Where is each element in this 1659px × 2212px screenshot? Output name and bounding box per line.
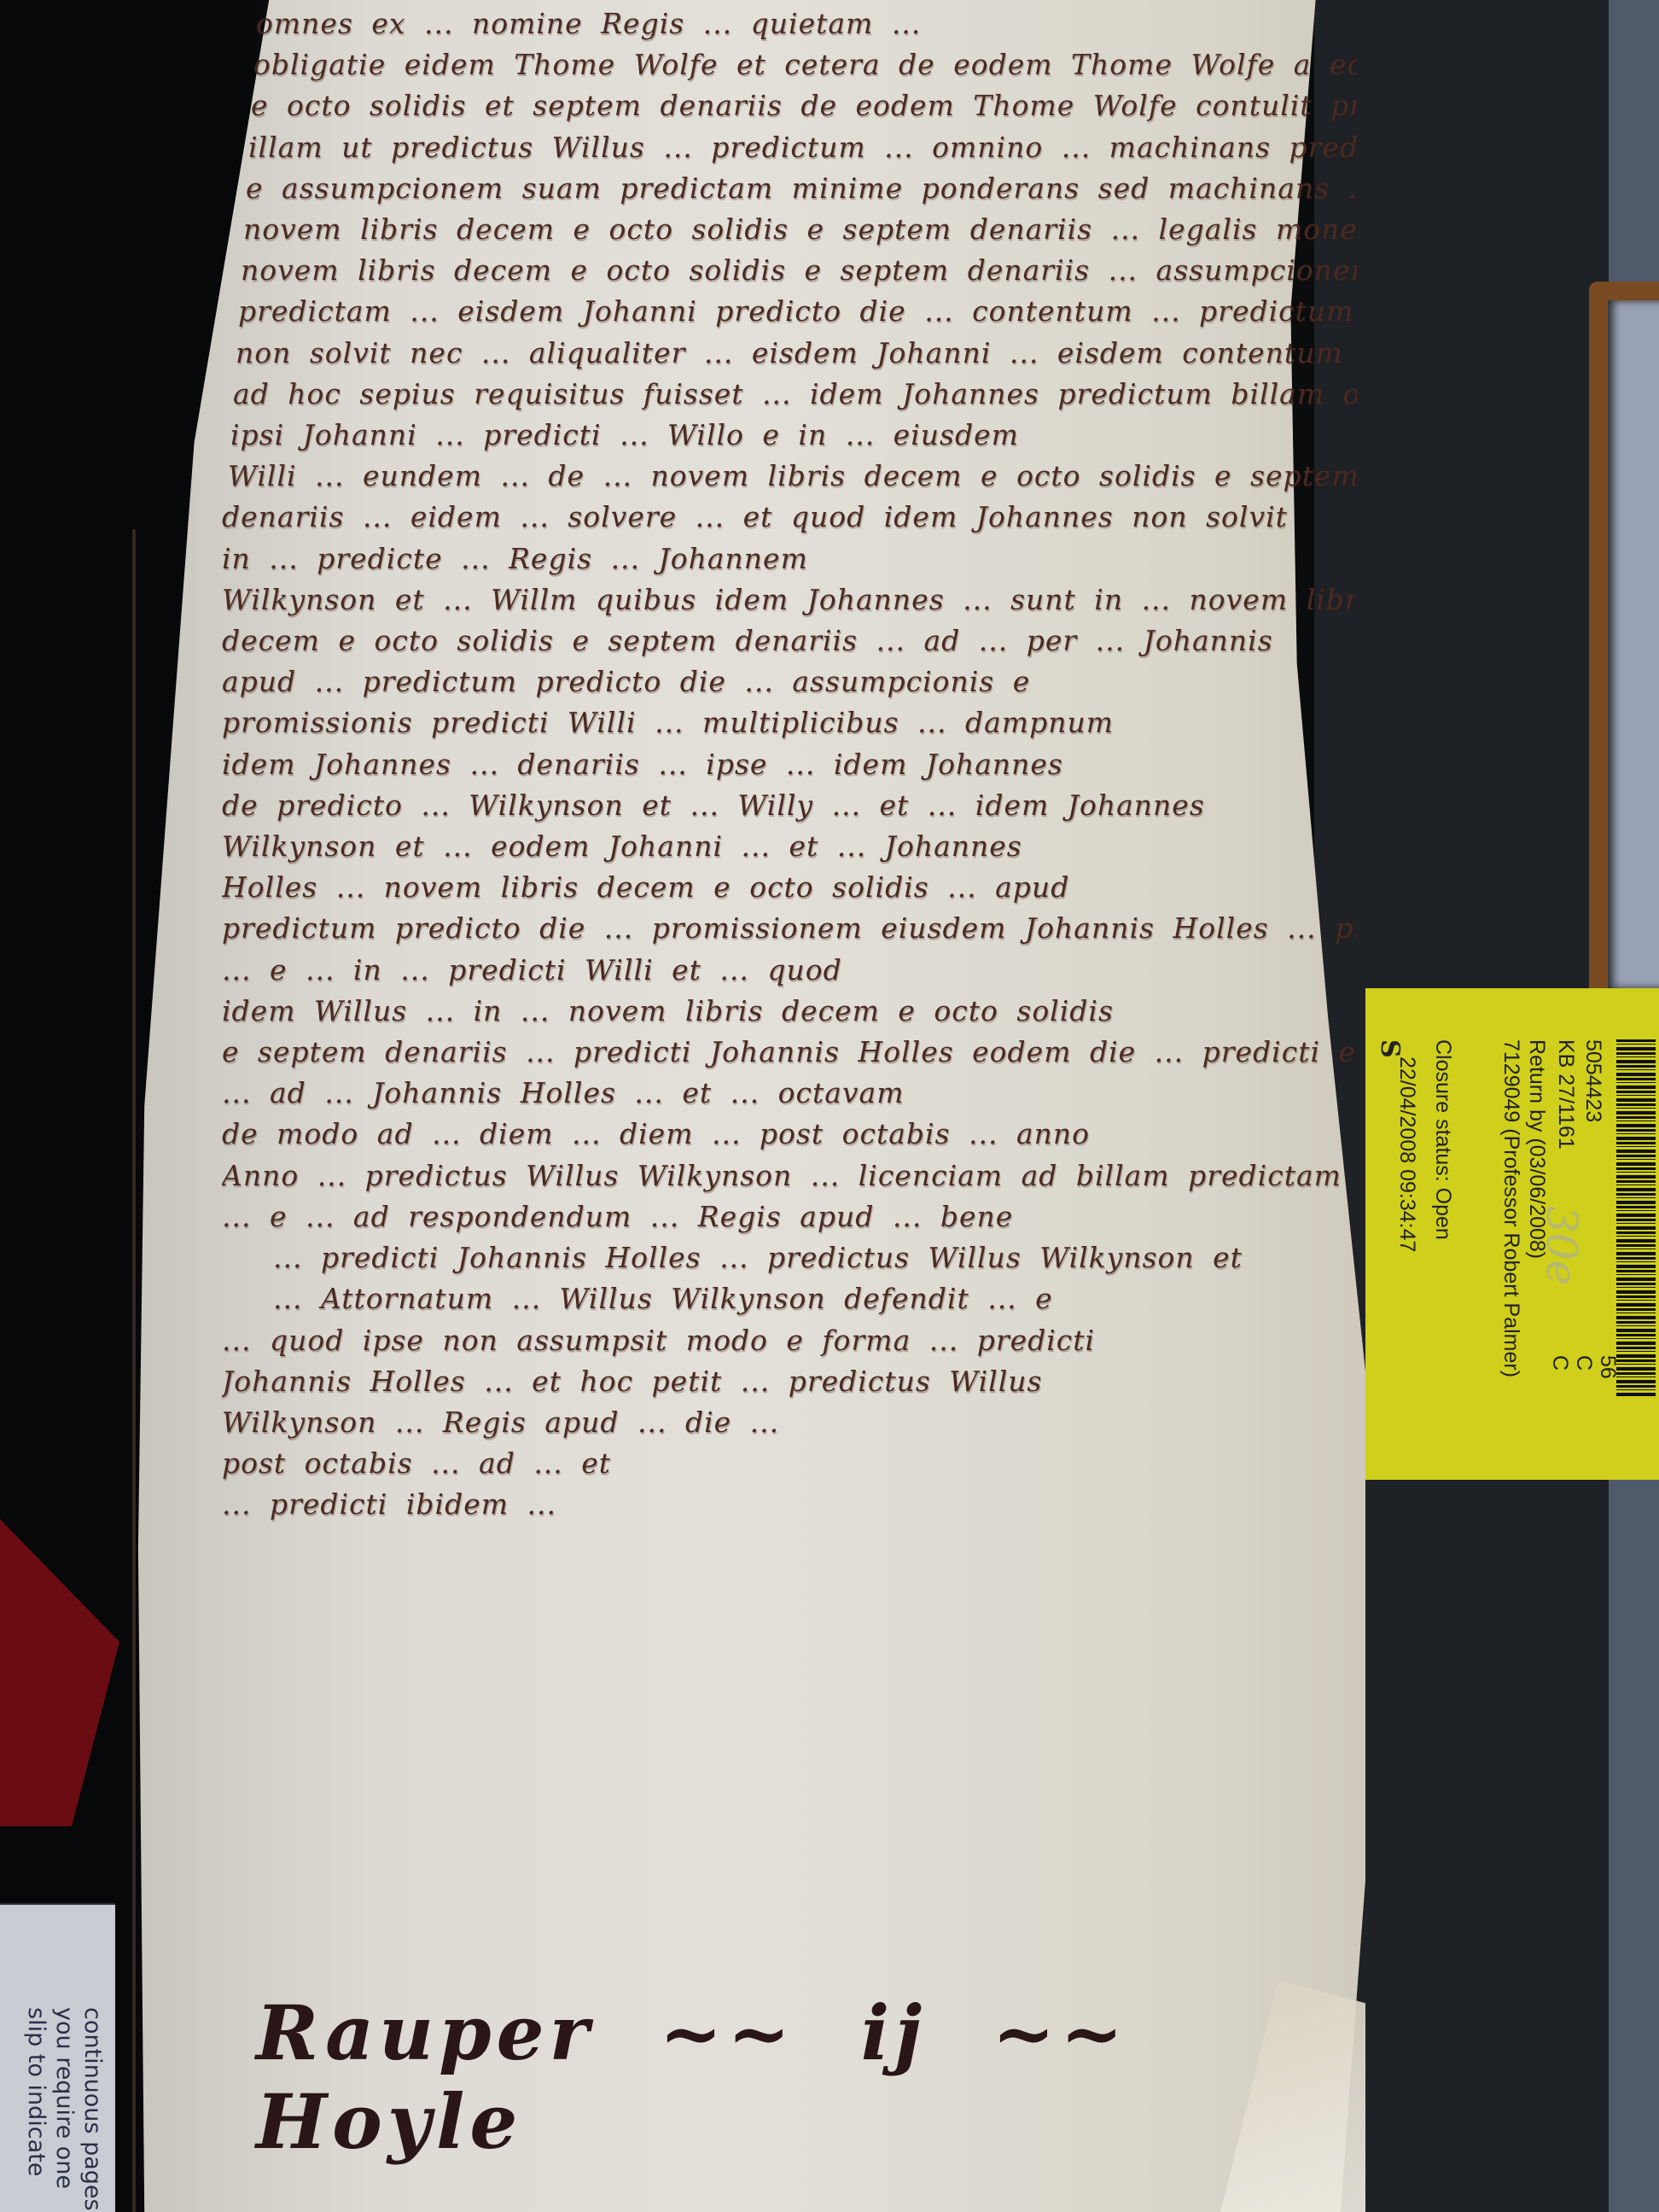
manuscript-line: novem libris decem e octo solidis e sept… xyxy=(222,209,1357,250)
pencil-note: 30e xyxy=(1537,1206,1586,1285)
side-code: C xyxy=(1548,1355,1572,1379)
slip-line: you require one xyxy=(50,2007,79,2212)
document-ref: 5054423 xyxy=(1582,1039,1604,1122)
manuscript-line: e septem denariis ... predicti Johannis … xyxy=(222,1032,1357,1073)
manuscript-line: ad hoc sepius requisitus fuisset ... ide… xyxy=(222,374,1357,415)
manuscript-line: ... ad ... Johannis Holles ... et ... oc… xyxy=(222,1073,1357,1114)
slip-line: continuous pages xyxy=(79,2007,107,2212)
manuscript-line: obligatie eidem Thome Wolfe et cetera de… xyxy=(222,44,1357,85)
reader-slip: continuous pages you require one slip to… xyxy=(0,1903,115,2212)
manuscript-line: Johannis Holles ... et hoc petit ... pre… xyxy=(222,1361,1357,1402)
handwritten-mark: S xyxy=(1375,1039,1405,1058)
manuscript-line: ipsi Johanni ... predicti ... Willo e in… xyxy=(222,415,1357,456)
manuscript-line: ... quod ipse non assumpsit modo e forma… xyxy=(222,1320,1357,1361)
reader-info: 7129049 (Professor Robert Palmer) xyxy=(1500,1039,1522,1377)
manuscript-line: predictam ... eisdem Johanni predicto di… xyxy=(222,291,1357,332)
manuscript-line: apud ... predictum predicto die ... assu… xyxy=(222,661,1357,702)
manuscript-line: post octabis ... ad ... et xyxy=(222,1443,1357,1484)
manuscript-line: denariis ... eidem ... solvere ... et qu… xyxy=(222,497,1357,538)
manuscript-line: in ... predicte ... Regis ... Johannem xyxy=(222,538,1357,579)
side-codes: 56 C C xyxy=(1548,1355,1620,1379)
printed-timestamp: 22/04/2008 09:34:47 xyxy=(1396,1057,1418,1252)
piece-reference: KB 27/1161 xyxy=(1555,1039,1577,1150)
reader-slip-text: continuous pages you require one slip to… xyxy=(0,1905,115,2212)
manuscript-line: idem Johannes ... denariis ... ipse ... … xyxy=(222,744,1357,785)
manuscript-text: omnes ex ... nomine Regis ... quietam ..… xyxy=(222,3,1357,1526)
manuscript-line: ... predicti Johannis Holles ... predict… xyxy=(222,1237,1357,1278)
manuscript-line: e assumpcionem suam predictam minime pon… xyxy=(222,168,1357,209)
manuscript-line: de predicto ... Wilkynson et ... Willy .… xyxy=(222,785,1357,826)
manuscript-line: novem libris decem e octo solidis e sept… xyxy=(222,250,1357,291)
manuscript-line: ... Attornatum ... Willus Wilkynson defe… xyxy=(222,1278,1357,1319)
manuscript-line: ... e ... in ... predicti Willi et ... q… xyxy=(222,950,1357,991)
manuscript-line: ... predicti ibidem ... xyxy=(222,1484,1357,1525)
manuscript-line: Wilkynson ... Regis apud ... die ... xyxy=(222,1402,1357,1443)
wooden-frame xyxy=(1589,282,1659,1007)
manuscript-line: non solvit nec ... aliqualiter ... eisde… xyxy=(222,333,1357,374)
manuscript-line: de modo ad ... diem ... diem ... post oc… xyxy=(222,1114,1357,1155)
manuscript-line: Anno ... predictus Willus Wilkynson ... … xyxy=(222,1155,1357,1196)
manuscript-line: Willi ... eundem ... de ... novem libris… xyxy=(222,456,1357,497)
barcode-icon xyxy=(1616,1039,1656,1398)
slip-line: slip to indicate xyxy=(22,2007,50,2212)
manuscript-line: ... e ... ad respondendum ... Regis apud… xyxy=(222,1196,1357,1237)
side-code: 56 xyxy=(1596,1355,1620,1379)
manuscript-line: omnes ex ... nomine Regis ... quietam ..… xyxy=(222,3,1357,44)
manuscript-line: e octo solidis et septem denariis de eod… xyxy=(222,85,1357,126)
signature-line: Rauper ~~ ij ~~ Hoyle xyxy=(256,1988,1365,2125)
manuscript-line: Wilkynson et ... eodem Johanni ... et ..… xyxy=(222,826,1357,867)
manuscript-line: Wilkynson et ... Willm quibus idem Johan… xyxy=(222,579,1357,620)
manuscript-line: predictum predicto die ... promissionem … xyxy=(222,908,1357,949)
archive-request-label: 5054423 KB 27/1161 Return by (03/06/2008… xyxy=(1365,988,1659,1480)
manuscript-line: decem e octo solidis e septem denariis .… xyxy=(222,620,1357,661)
manuscript-line: illam ut predictus Willus ... predictum … xyxy=(222,127,1357,168)
side-code: C xyxy=(1572,1355,1596,1379)
manuscript-line: Holles ... novem libris decem e octo sol… xyxy=(222,867,1357,908)
margin-ruling xyxy=(132,529,136,2212)
manuscript-line: idem Willus ... in ... novem libris dece… xyxy=(222,991,1357,1032)
manuscript-line: promissionis predicti Willi ... multipli… xyxy=(222,702,1357,743)
closure-status: Closure status: Open xyxy=(1432,1039,1454,1240)
